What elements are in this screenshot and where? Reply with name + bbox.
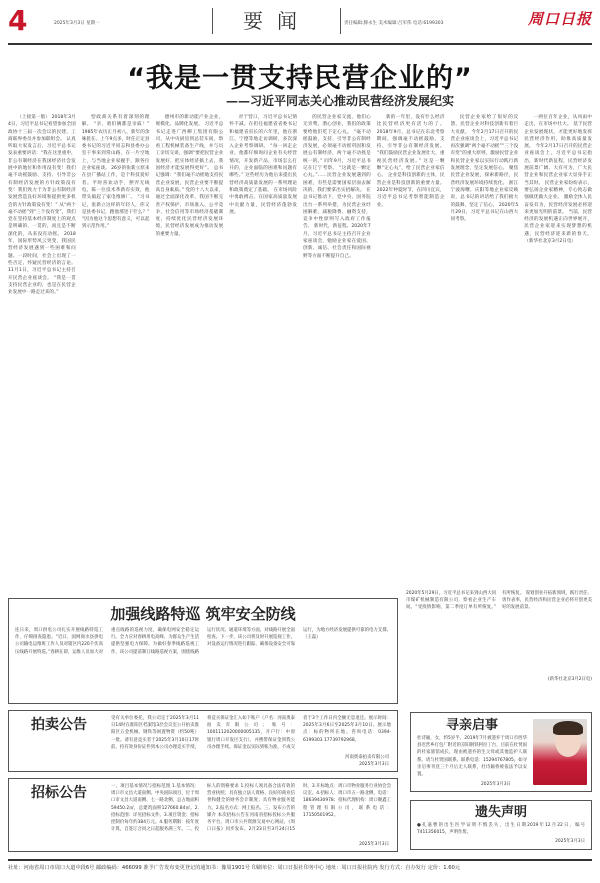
ad-title: 拍卖公告	[15, 715, 103, 735]
ad-title: 遗失声明	[417, 804, 585, 822]
ad-title: 加强线路特巡 筑牢安全防线	[15, 603, 391, 625]
ad-text: 杜诗颖，女，约5岁半，2019年7月被遗弃于周口市西华县迟营乡打包厂附近的京阳钢…	[417, 735, 527, 779]
header-rule	[8, 43, 592, 45]
page-number: 4	[8, 4, 27, 38]
ad-power-safety: 加强线路特巡 筑牢安全防线 连日来，周口供电公司扎实开展线路特巡工作，仔细排查隐…	[8, 598, 398, 704]
ad-date: 2025年3月3日	[481, 781, 511, 788]
ad-text: 一、项目基本情况与招标范围 1.基本情况：周口市文昌大道南侧、中央国际项目，位于…	[111, 783, 391, 841]
article-column-1: （上接第一版） 2018年3月4日，习近平总书记看望参加全国政协十三届一次会议的…	[8, 114, 76, 590]
article-column-8: 一两位百年企业，从风雨中走出，在市场中壮大。 基于民营企业发展现状，才能更好地发…	[524, 114, 592, 590]
child-photo	[533, 719, 587, 785]
ad-text: 连日来，周口供电公司扎实开展线路特巡工作，仔细排查隐患。“近日，国网商水县供电公…	[15, 627, 391, 699]
tender-left: 招标公告	[15, 783, 103, 847]
article-column-5: 的民营企业家交流，他们心无旁骛，潜心创业，我们的政策要给他们吃下定心丸。 “毫不…	[303, 114, 371, 590]
paragraph: 德州市的新动能产业企业，规模化、品牌化发展。 习近平总书记走进广西柳工集团有限公…	[156, 114, 224, 238]
article-column-6: 新的一年里，没有什么经济比民营经济更有活力的了。 2018年9月，总书记在东北考…	[377, 114, 445, 590]
article-column-3: 德州市的新动能产业企业，规模化、品牌化发展。 习近平总书记走进广西柳工集团有限公…	[156, 114, 224, 590]
editor-credits: 责任编辑:滕永生 美术编辑:吕军伟 电话:6199303	[344, 20, 443, 26]
ad-lost-declaration: 遗失声明 ●孔嘉曹的出生医学证明不慎丢失，出生日期2019年12月22日，编号T…	[410, 800, 592, 850]
story-continuation-text: 2020年5月29日，习近平总书记来到山西大同市煤矿机械制造有限公司，察看企业生…	[406, 590, 592, 674]
paragraph: 的民营企业家交流，他们心无旁骛，潜心创业，我们的政策要给他们吃下定心丸。 “毫不…	[303, 114, 371, 260]
article-column-2: 型政商关系有着深刻的理解。 “亲，咱们俩都是亲戚！” 1985年农历正月初八，新…	[82, 114, 150, 590]
footer-imprint: 社址：河南省周口市周口大道中段6号 邮政编码：466099 准予广告发布变更登记…	[8, 864, 592, 871]
divider	[212, 8, 213, 34]
ad-text: ●孔嘉曹的出生医学证明不慎丢失，出生日期2019年12月22日，编号T41135…	[417, 822, 585, 838]
story-continuation: 2020年5月29日，习近平总书记来到山西大同市煤矿机械制造有限公司，察看企业生…	[406, 590, 592, 700]
section-title: 要闻	[224, 6, 330, 36]
paragraph: （上接第一版） 2018年3月4日，习近平总书记看望参加全国政协十三届一次会议的…	[8, 114, 76, 296]
paragraph: 新的一年里，没有什么经济比民营经济更有活力的了。 2018年9月，总书记在东北考…	[377, 114, 445, 209]
ad-missing-person: 寻亲启事 杜诗颖，女，约5岁半，2019年7月被遗弃于周口市西华县迟营乡打包厂附…	[410, 712, 592, 792]
article-body: （上接第一版） 2018年3月4日，习近平总书记看望参加全国政协十三届一次会议的…	[8, 114, 592, 590]
issue-date: 2025年3月3日 星期一	[54, 20, 100, 26]
masthead: 4 2025年3月3日 星期一 要闻 责任编辑:滕永生 美术编辑:吕军伟 电话:…	[0, 0, 600, 44]
ad-tender-notice: 招标公告 一、项目基本情况与招标范围 1.基本情况：周口市文昌大道南侧、中央国际…	[8, 778, 398, 852]
paragraph: 型政商关系有着深刻的理解。 “亲，咱们俩都是亲戚！” 1985年农历正月初八，新…	[82, 114, 150, 231]
article-headline: “我是一贯支持民营企业的”	[0, 56, 600, 95]
article-column-7: 民营企业家给了很好的反馈，民营企业对科技创新有着巨大贡献。 今年2月17日召开的…	[451, 114, 519, 590]
paragraph: 民营企业家给了很好的反馈，民营企业对科技创新有着巨大贡献。 今年2月17日召开的…	[451, 114, 519, 223]
newspaper-logo: 周口日报	[528, 8, 592, 29]
article-column-4: 对于营口，习近平总书记情怀不减。在担任福建省省委书记和福建省省长的六年里，他在浙…	[229, 114, 297, 590]
article-subhead: ——习近平同志关心推动民营经济发展纪实	[180, 92, 500, 109]
footer-rule	[8, 859, 592, 861]
ad-date: 2025年3月3日	[417, 838, 585, 845]
story-credit: (新华社北京3月2日电)	[406, 676, 592, 683]
paragraph: 对于营口，习近平总书记情怀不减。在担任福建省省委书记和福建省省长的六年里，他在浙…	[229, 114, 297, 216]
ad-title: 招标公告	[15, 783, 103, 803]
paragraph: 一两位百年企业，从风雨中走出，在市场中壮大。 基于民营企业发展现状，才能更好地发…	[524, 114, 592, 245]
divider	[340, 8, 341, 34]
ad-title: 寻亲启事	[417, 717, 527, 735]
ad-date: 2025年3月3日	[359, 841, 389, 848]
auction-left: 拍卖公告	[15, 715, 103, 767]
ad-date: 2025年3月3日	[359, 761, 389, 768]
ad-auction-notice: 拍卖公告 受有关单位委托，我公司定于2025年3月11日14时在淮阳区档案馆3层…	[8, 710, 398, 772]
